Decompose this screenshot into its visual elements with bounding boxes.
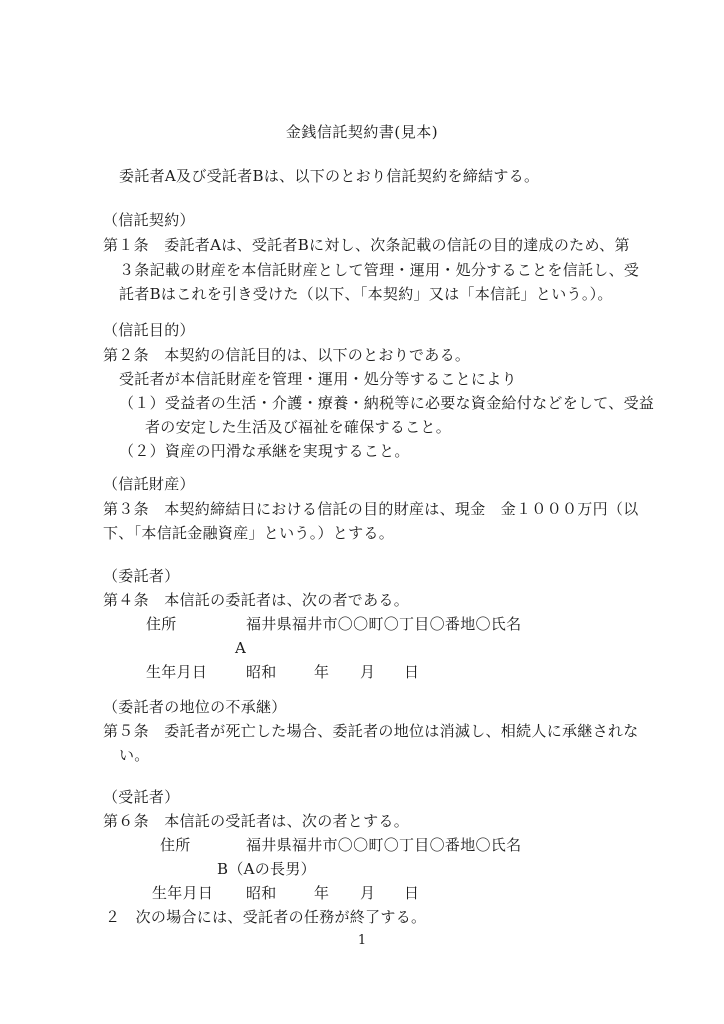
trustee-name: B（Aの長男） (217, 859, 316, 879)
article-6-clause-2: ２ 次の場合には、受託者の任務が終了する。 (105, 907, 426, 927)
article-2-line-1: 第２条 本契約の信託目的は、以下のとおりである。 (103, 345, 470, 365)
settlor-address-label: 住所 (146, 614, 177, 634)
trustee-birth-year: 年 (314, 883, 329, 903)
article-3-heading: （信託財産） (103, 474, 195, 494)
article-5-line-2: い。 (119, 745, 150, 765)
article-2-item-1: （１）受益者の生活・介護・療養・納税等に必要な資金給付などをして、受益 (119, 393, 654, 413)
settlor-birth-label: 生年月日 (146, 662, 207, 682)
article-4-heading: （委託者） (103, 566, 180, 586)
article-2-line-2: 受託者が本信託財産を管理・運用・処分等することにより (119, 369, 517, 389)
article-3-line-2: 下、「本信託金融資産」という。）とする。 (103, 523, 394, 543)
article-2-heading: （信託目的） (103, 320, 195, 340)
settlor-name: A (235, 638, 246, 658)
article-1-line-3: 託者Bはこれを引き受けた（以下、「本契約」又は「本信託」という。）。 (119, 284, 613, 304)
document-page: 金銭信託契約書(見本) 委託者A及び受託者Bは、以下のとおり信託契約を締結する。… (0, 0, 724, 1024)
trustee-birth-label: 生年月日 (152, 883, 213, 903)
trustee-birth-era: 昭和 (246, 883, 277, 903)
article-1-line-1: 第１条 委託者Aは、受託者Bに対し、次条記載の信託の目的達成のため、第 (103, 235, 630, 255)
intro-paragraph: 委託者A及び受託者Bは、以下のとおり信託契約を締結する。 (119, 166, 539, 186)
article-1-line-2: ３条記載の財産を本信託財産として管理・運用・処分することを信託し、受 (119, 260, 639, 280)
article-4-line-1: 第４条 本信託の委託者は、次の者である。 (103, 590, 409, 610)
trustee-address-label: 住所 (160, 835, 191, 855)
settlor-birth-year: 年 (314, 662, 329, 682)
article-6-heading: （受託者） (103, 787, 180, 807)
article-2-item-2: （２）資産の円滑な承継を実現すること。 (119, 441, 410, 461)
settlor-birth-month: 月 (360, 662, 375, 682)
settlor-birth-day: 日 (404, 662, 419, 682)
article-5-heading: （委託者の地位の不承継） (103, 697, 287, 717)
settlor-address-value: 福井県福井市〇〇町〇丁目〇番地〇氏名 (246, 614, 521, 634)
article-5-line-1: 第５条 委託者が死亡した場合、委託者の地位は消滅し、相続人に承継されな (103, 721, 639, 741)
trustee-birth-month: 月 (360, 883, 375, 903)
article-1-heading: （信託契約） (103, 210, 195, 230)
article-3-line-1: 第３条 本契約締結日における信託の目的財産は、現金 金１０００万円（以 (103, 499, 639, 519)
document-title: 金銭信託契約書(見本) (0, 122, 724, 142)
page-number: 1 (0, 933, 724, 948)
article-2-item-1-cont: 者の安定した生活及び福祉を確保すること。 (145, 417, 451, 437)
trustee-birth-day: 日 (404, 883, 419, 903)
article-6-line-1: 第６条 本信託の受託者は、次の者とする。 (103, 811, 409, 831)
trustee-address-value: 福井県福井市〇〇町〇丁目〇番地〇氏名 (246, 835, 521, 855)
settlor-birth-era: 昭和 (246, 662, 277, 682)
